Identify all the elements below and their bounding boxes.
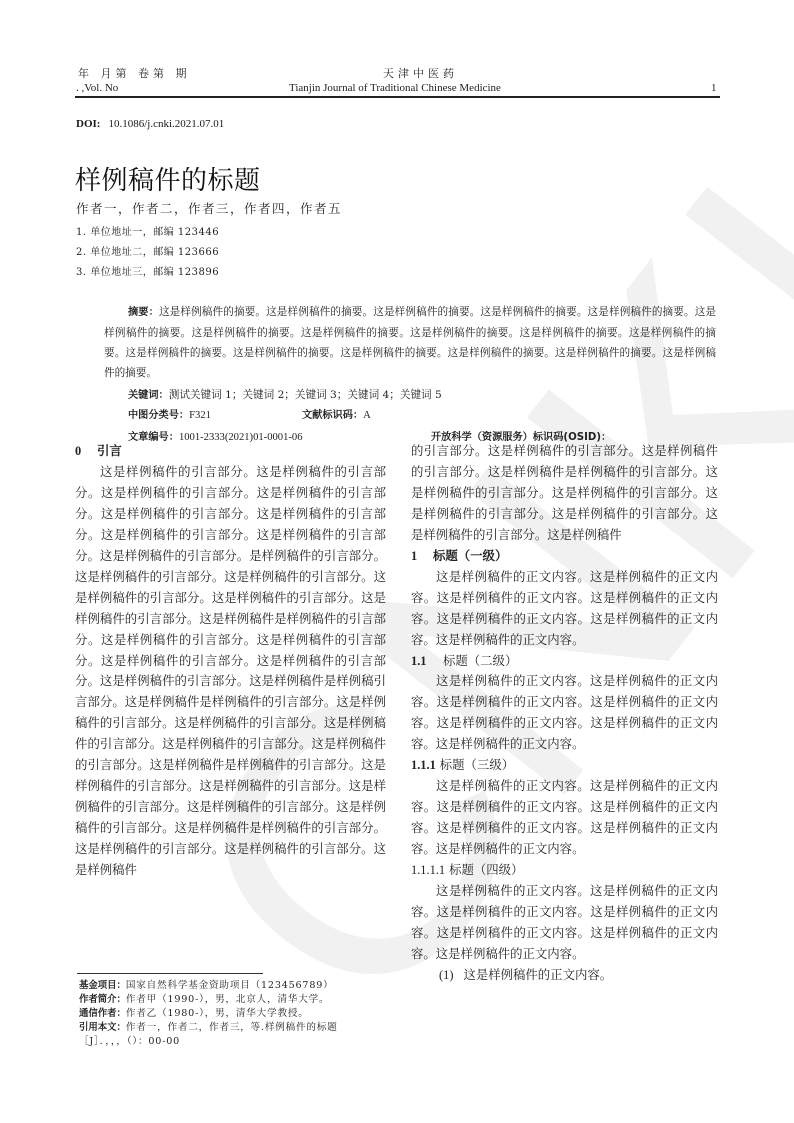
affiliation-2: 2. 单位地址二，邮编 123666 bbox=[76, 243, 219, 258]
header-journal-cn: 天津中医药 bbox=[383, 65, 458, 81]
doi-label: DOI: bbox=[76, 118, 100, 130]
footnote-corresponding-author: 通信作者：作者乙（1980-），男，清华大学教授。 bbox=[79, 1005, 309, 1019]
section-title: 标题（一级） bbox=[433, 548, 507, 563]
section-1-1-1-paragraph: 这是样例稿件的正文内容。这是样例稿件的正文内容。这是样例稿件的正文内容。这是样例… bbox=[411, 776, 718, 860]
intro-paragraph-continued: 的引言部分。这是样例稿件的引言部分。这是样例稿件的引言部分。这是样例稿件是样例稿… bbox=[411, 441, 718, 546]
corresponding-label: 通信作者： bbox=[79, 1008, 126, 1019]
affiliation-1: 1. 单位地址一，邮编 123446 bbox=[76, 223, 219, 238]
doc-code-label: 文献标识码： bbox=[302, 410, 363, 421]
section-number: 1.1.1.1 bbox=[411, 863, 445, 877]
list-item-number: (1) bbox=[439, 968, 453, 982]
corresponding-value: 作者乙（1980-），男，清华大学教授。 bbox=[126, 1008, 309, 1019]
section-number: 1.1 bbox=[411, 651, 443, 672]
list-item-text: 这是样例稿件的正文内容。 bbox=[463, 967, 612, 982]
page-number: 1 bbox=[711, 82, 717, 94]
header-rule bbox=[75, 96, 720, 98]
section-number: 1 bbox=[411, 546, 433, 567]
section-1-paragraph: 这是样例稿件的正文内容。这是样例稿件的正文内容。这是样例稿件的正文内容。这是样例… bbox=[411, 567, 718, 651]
keywords-label: 关键词： bbox=[128, 390, 169, 401]
fund-label: 基金项目： bbox=[79, 980, 126, 991]
section-heading-1-1: 1.1标题（二级） bbox=[411, 651, 718, 672]
document-code: 文献标识码：A bbox=[302, 406, 371, 421]
article-title: 样例稿件的标题 bbox=[75, 160, 261, 197]
cite-line-2: ［J］．，，，（）：00-00 bbox=[79, 1036, 180, 1047]
cite-line-1: 作者一，作者二，作者三，等.样例稿件的标题 bbox=[126, 1022, 338, 1033]
footnote-citation: 引用本文：作者一，作者二，作者三，等.样例稿件的标题 bbox=[79, 1019, 338, 1033]
intro-paragraph: 这是样例稿件的引言部分。这是样例稿件的引言部分。这是样例稿件的引言部分。这是样例… bbox=[75, 462, 386, 881]
header-journal-en: Tianjin Journal of Traditional Chinese M… bbox=[289, 82, 501, 94]
doc-code-value: A bbox=[363, 410, 371, 421]
clc-value: F321 bbox=[189, 410, 211, 421]
section-heading-0: 0引言 bbox=[75, 441, 386, 462]
doi: DOI:10.1086/j.cnki.2021.07.01 bbox=[76, 118, 224, 130]
header-issue-en: . ,Vol. No bbox=[76, 82, 118, 94]
author-bio-label: 作者简介： bbox=[79, 994, 126, 1005]
clc-number: 中图分类号：F321 bbox=[128, 406, 211, 421]
section-1-1-paragraph: 这是样例稿件的正文内容。这是样例稿件的正文内容。这是样例稿件的正文内容。这是样例… bbox=[411, 671, 718, 755]
section-heading-1: 1标题（一级） bbox=[411, 546, 718, 567]
abstract-text: 这是样例稿件的摘要。这是样例稿件的摘要。这是样例稿件的摘要。这是样例稿件的摘要。… bbox=[104, 306, 716, 379]
abstract-label: 摘要： bbox=[128, 307, 159, 318]
abstract: 摘要：这是样例稿件的摘要。这是样例稿件的摘要。这是样例稿件的摘要。这是样例稿件的… bbox=[104, 302, 716, 383]
section-title: 引言 bbox=[97, 443, 122, 458]
section-number: 1.1.1 bbox=[411, 758, 436, 772]
list-item: (1)这是样例稿件的正文内容。 bbox=[411, 965, 718, 986]
cite-label: 引用本文： bbox=[79, 1022, 126, 1033]
section-title: 标题（三级） bbox=[440, 757, 514, 772]
keywords-value: 测试关键词 1；关键词 2；关键词 3；关键词 4；关键词 5 bbox=[169, 389, 442, 401]
footnote-fund: 基金项目：国家自然科学基金资助项目（123456789） bbox=[79, 977, 334, 991]
footnote-citation-continued: ［J］．，，，（）：00-00 bbox=[79, 1033, 180, 1047]
footnote-author-bio: 作者简介：作者甲（1990-），男，北京人，清华大学。 bbox=[79, 991, 329, 1005]
header-issue-cn: 年 月第 卷第 期 bbox=[78, 65, 191, 81]
section-heading-1-1-1-1: 1.1.1.1标题（四级） bbox=[411, 860, 718, 881]
doi-value: 10.1086/j.cnki.2021.07.01 bbox=[108, 118, 224, 130]
left-column: 0引言 这是样例稿件的引言部分。这是样例稿件的引言部分。这是样例稿件的引言部分。… bbox=[75, 441, 386, 881]
section-title: 标题（四级） bbox=[449, 862, 523, 877]
section-title: 标题（二级） bbox=[443, 653, 517, 668]
right-column: 的引言部分。这是样例稿件的引言部分。这是样例稿件的引言部分。这是样例稿件是样例稿… bbox=[411, 441, 718, 986]
section-1-1-1-1-paragraph: 这是样例稿件的正文内容。这是样例稿件的正文内容。这是样例稿件的正文内容。这是样例… bbox=[411, 881, 718, 965]
footnote-rule bbox=[77, 973, 263, 974]
author-bio-value: 作者甲（1990-），男，北京人，清华大学。 bbox=[126, 994, 330, 1005]
fund-value: 国家自然科学基金资助项目（123456789） bbox=[126, 980, 334, 991]
author-list: 作者一，作者二，作者三，作者四，作者五 bbox=[76, 199, 342, 217]
section-number: 0 bbox=[75, 441, 97, 462]
section-heading-1-1-1: 1.1.1标题（三级） bbox=[411, 755, 718, 776]
keywords: 关键词：测试关键词 1；关键词 2；关键词 3；关键词 4；关键词 5 bbox=[128, 386, 442, 402]
affiliation-3: 3. 单位地址三，邮编 123896 bbox=[76, 263, 219, 278]
clc-label: 中图分类号： bbox=[128, 410, 189, 421]
